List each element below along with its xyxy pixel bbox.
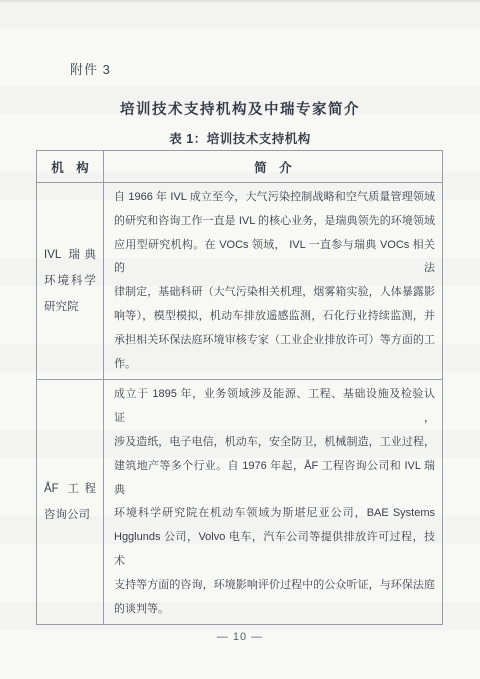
column-header-desc: 简 介 (104, 151, 442, 182)
page-number: — 10 — (0, 631, 480, 643)
org-desc-cell: 自 1966 年 IVL 成立至今，大气污染控制战略和空气质量管理领域的研究和咨… (104, 183, 442, 379)
org-name-cell: ÅF 工程咨询公司 (37, 380, 104, 624)
table-header-row: 机 构 简 介 (37, 151, 442, 182)
document-page: 附件 3 培训技术支持机构及中瑞专家简介 表 1：培训技术支持机构 机 构 简 … (0, 0, 480, 679)
org-name-cell: IVL 瑞典环境科学研究院 (37, 183, 104, 379)
attachment-label: 附件 3 (70, 59, 111, 78)
support-org-table: 机 构 简 介 IVL 瑞典环境科学研究院 自 1966 年 IVL 成立至今，… (36, 150, 443, 625)
org-desc-cell: 成立于 1895 年，业务领域涉及能源、工程、基础设施及检验认证，涉及造纸，电子… (104, 380, 442, 624)
column-header-org: 机 构 (37, 151, 104, 182)
table-row: IVL 瑞典环境科学研究院 自 1966 年 IVL 成立至今，大气污染控制战略… (37, 182, 442, 379)
page-title: 培训技术支持机构及中瑞专家简介 (0, 98, 480, 119)
table-row: ÅF 工程咨询公司 成立于 1895 年，业务领域涉及能源、工程、基础设施及检验… (37, 379, 442, 624)
table-caption: 表 1：培训技术支持机构 (0, 129, 480, 147)
